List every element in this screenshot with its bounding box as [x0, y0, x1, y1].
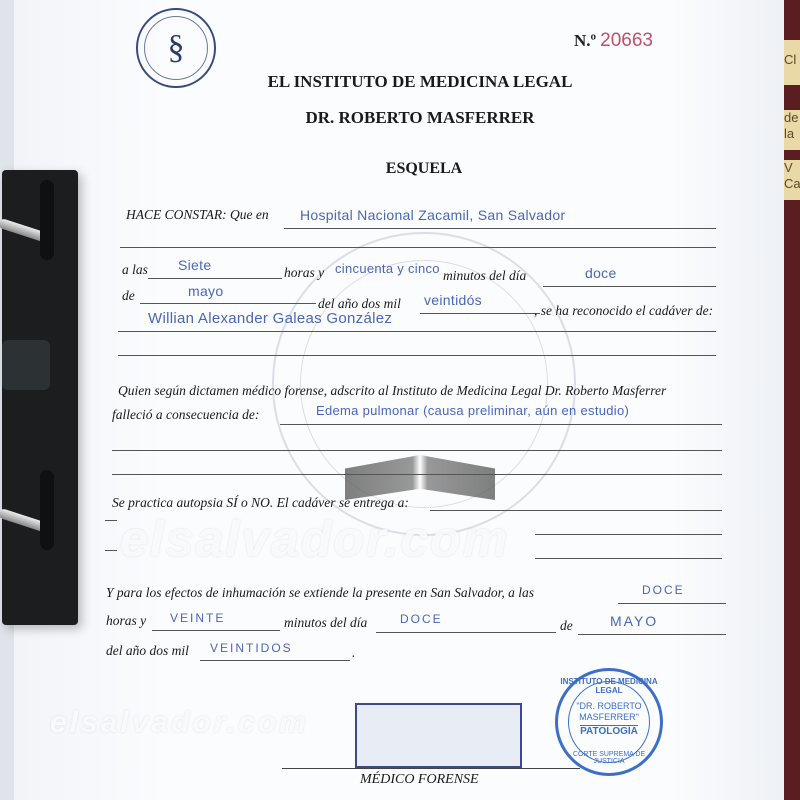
binder-clip — [2, 170, 78, 625]
month-field[interactable]: mayo — [188, 283, 223, 299]
cause-of-death-field[interactable]: Edema pulmonar (causa preliminar, aún en… — [316, 403, 629, 418]
field-line — [284, 228, 716, 229]
binder-latch — [2, 340, 50, 390]
field-line — [148, 278, 282, 279]
issue-minutes-field[interactable]: VEINTE — [170, 611, 225, 625]
a-las-label: a las — [122, 262, 148, 278]
field-line — [118, 355, 716, 356]
book-spine-text: Cl — [784, 52, 796, 67]
document-number: N.º20663 — [574, 30, 653, 52]
signature-line — [282, 768, 580, 769]
watermark-text: elsalvador.com — [120, 510, 509, 568]
inhumacion-label: Y para los efectos de inhumación se exti… — [106, 585, 534, 601]
patologia-stamp: INSTITUTO DE MEDICINA LEGAL "DR. ROBERTO… — [555, 668, 663, 776]
field-line — [535, 558, 722, 559]
horas-y-label: horas y — [284, 265, 324, 281]
dictamen-label: Quien según dictamen médico forense, ads… — [118, 383, 666, 399]
autopsia-label: Se practica autopsia SÍ o NO. El cadáver… — [112, 495, 409, 511]
fallecio-label: falleció a consecuencia de: — [112, 407, 259, 423]
field-line — [543, 286, 716, 287]
deceased-name-field[interactable]: Willian Alexander Galeas González — [148, 310, 392, 327]
stamp-center: "DR. ROBERTO MASFERRER" PATOLOGÍA — [558, 701, 660, 737]
watermark-text: elsalvador.com — [50, 706, 309, 740]
hour-field[interactable]: Siete — [178, 257, 211, 273]
field-line — [578, 634, 726, 635]
issue-month-field[interactable]: MAYO — [610, 613, 658, 629]
stamp-patologia: PATOLOGÍA — [580, 725, 638, 737]
institute-name: EL INSTITUTO DE MEDICINA LEGAL — [20, 72, 800, 92]
institute-director: DR. ROBERTO MASFERRER — [20, 108, 800, 128]
field-line — [535, 534, 722, 535]
field-line — [420, 313, 540, 314]
issue-de-label: de — [560, 618, 573, 634]
field-line — [376, 632, 556, 633]
issue-horas-y-label: horas y — [106, 613, 146, 629]
stamp-ring-top: INSTITUTO DE MEDICINA LEGAL — [558, 677, 660, 695]
field-line — [140, 303, 316, 304]
issue-anio-label: del año dos mil — [106, 643, 189, 659]
minutos-del-dia-label: minutos del día — [443, 268, 526, 284]
issue-year-field[interactable]: VEINTIDOS — [210, 641, 293, 655]
book-spine-text: Ca — [784, 176, 800, 191]
document-number-label: N.º — [574, 31, 596, 50]
binder-slot — [40, 470, 54, 550]
field-line — [120, 247, 716, 248]
de-label: de — [122, 288, 135, 304]
field-line — [618, 603, 726, 604]
field-line — [200, 660, 350, 661]
field-line — [118, 331, 716, 332]
field-line — [105, 550, 117, 551]
stamp-line: "DR. ROBERTO — [576, 701, 641, 711]
field-line — [280, 424, 722, 425]
reconocido-label: , se ha reconocido el cadáver de: — [534, 303, 713, 319]
issue-minutos-label: minutos del día — [284, 615, 367, 631]
document-number-value: 20663 — [600, 30, 653, 51]
stamp-ring-bottom: CORTE SUPREMA DE JUSTICIA — [558, 751, 660, 765]
field-line — [152, 630, 280, 631]
field-line — [112, 450, 722, 451]
redacted-signature-box — [355, 703, 522, 768]
binder-slot — [40, 180, 54, 260]
minutes-field[interactable]: cincuenta y cinco — [335, 261, 440, 276]
period: . — [352, 645, 355, 661]
issue-hour-field[interactable]: DOCE — [642, 583, 685, 597]
day-field[interactable]: doce — [585, 265, 617, 281]
issue-day-field[interactable]: DOCE — [400, 612, 443, 626]
medico-forense-label: MÉDICO FORENSE — [360, 772, 479, 788]
place-field[interactable]: Hospital Nacional Zacamil, San Salvador — [300, 207, 565, 223]
year-field[interactable]: veintidós — [424, 292, 482, 308]
document-title: ESQUELA — [24, 160, 800, 178]
field-line — [105, 520, 117, 521]
hace-constar-label: HACE CONSTAR: Que en — [126, 207, 269, 223]
field-line — [112, 474, 722, 475]
book-spine-text: la — [784, 126, 794, 141]
stamp-line: MASFERRER" — [579, 712, 639, 722]
